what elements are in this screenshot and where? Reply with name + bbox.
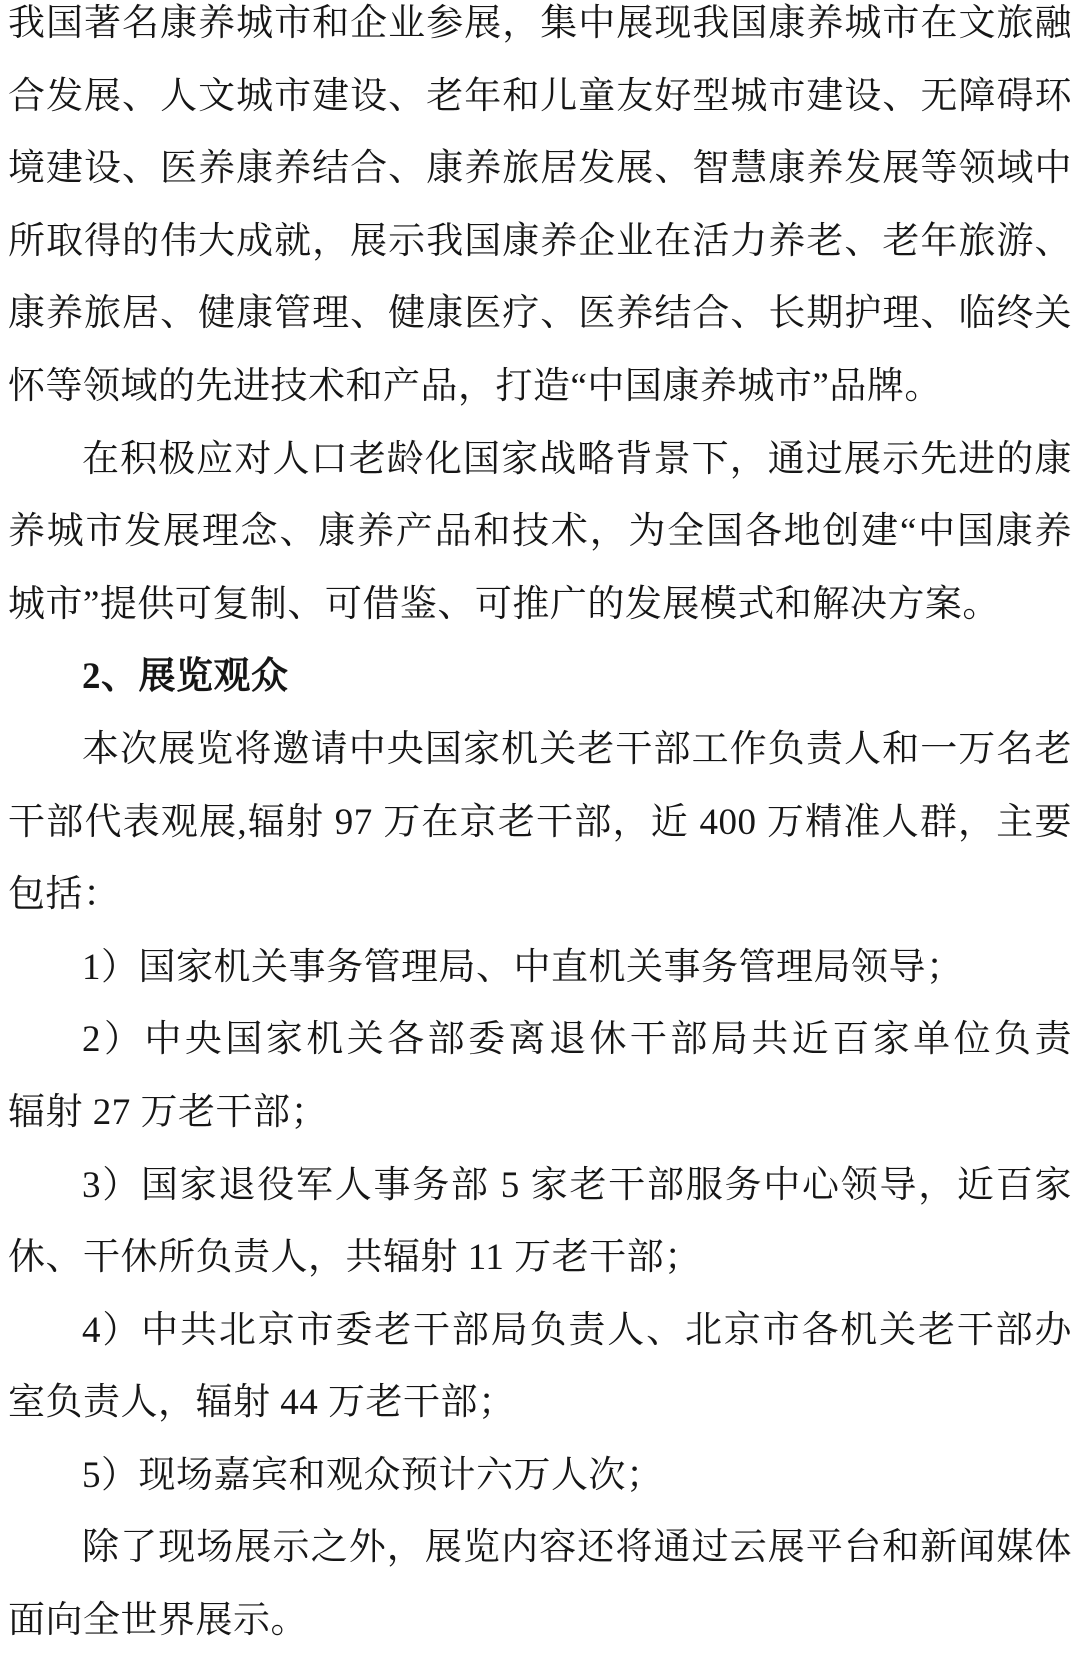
list-item-5-line-1: 5）现场嘉宾和观众预计六万人次； bbox=[8, 1440, 1072, 1513]
paragraph-online-exhibition: 除了现场展示之外，展览内容还将通过云展平台和新闻媒体面向全世界展示。 bbox=[8, 1512, 1072, 1657]
paragraph-exhibition-achievements-line-5: 康养旅居、健康管理、健康医疗、医养结合、长期护理、临终关 bbox=[8, 278, 1072, 351]
paragraph-aging-strategy-line-1: 在积极应对人口老龄化国家战略背景下，通过展示先进的康 bbox=[8, 424, 1072, 497]
document-page: 我国著名康养城市和企业参展，集中展现我国康养城市在文旅融合发展、人文城市建设、老… bbox=[0, 0, 1080, 1673]
list-item-2-line-2: 辐射 27 万老干部； bbox=[8, 1077, 1072, 1150]
paragraph-aging-strategy: 在积极应对人口老龄化国家战略背景下，通过展示先进的康养城市发展理念、康养产品和技… bbox=[8, 424, 1072, 642]
list-item-5: 5）现场嘉宾和观众预计六万人次； bbox=[8, 1440, 1072, 1513]
paragraph-online-exhibition-line-2: 面向全世界展示。 bbox=[8, 1585, 1072, 1658]
list-item-3-line-2: 休、干休所负责人，共辐射 11 万老干部； bbox=[8, 1222, 1072, 1295]
paragraph-aging-strategy-line-2: 养城市发展理念、康养产品和技术，为全国各地创建“中国康养 bbox=[8, 496, 1072, 569]
paragraph-audience-intro-line-1: 本次展览将邀请中央国家机关老干部工作负责人和一万名老 bbox=[8, 714, 1072, 787]
paragraph-audience-intro-line-3: 包括： bbox=[8, 859, 1072, 932]
list-item-3-line-1: 3）国家退役军人事务部 5 家老干部服务中心领导，近百家军 bbox=[8, 1150, 1072, 1223]
list-item-2-line-1: 2）中央国家机关各部委离退休干部局共近百家单位负责人， bbox=[8, 1004, 1072, 1077]
list-item-4: 4）中共北京市委老干部局负责人、北京市各机关老干部办公室负责人，辐射 44 万老… bbox=[8, 1295, 1072, 1440]
paragraph-exhibition-achievements-line-1: 我国著名康养城市和企业参展，集中展现我国康养城市在文旅融 bbox=[8, 0, 1072, 61]
paragraph-online-exhibition-line-1: 除了现场展示之外，展览内容还将通过云展平台和新闻媒体 bbox=[8, 1512, 1072, 1585]
paragraph-exhibition-achievements-line-2: 合发展、人文城市建设、老年和儿童友好型城市建设、无障碍环 bbox=[8, 61, 1072, 134]
list-item-4-line-1: 4）中共北京市委老干部局负责人、北京市各机关老干部办公 bbox=[8, 1295, 1072, 1368]
paragraph-exhibition-achievements-line-3: 境建设、医养康养结合、康养旅居发展、智慧康养发展等领域中 bbox=[8, 133, 1072, 206]
list-item-1-line-1: 1）国家机关事务管理局、中直机关事务管理局领导； bbox=[8, 932, 1072, 1005]
document-body: 我国著名康养城市和企业参展，集中展现我国康养城市在文旅融合发展、人文城市建设、老… bbox=[8, 0, 1072, 1658]
heading-exhibition-audience: 2、展览观众 bbox=[8, 641, 1072, 714]
paragraph-exhibition-achievements-line-6: 怀等领域的先进技术和产品，打造“中国康养城市”品牌。 bbox=[8, 351, 1072, 424]
heading-exhibition-audience-line-1: 2、展览观众 bbox=[8, 641, 1072, 714]
paragraph-exhibition-achievements: 我国著名康养城市和企业参展，集中展现我国康养城市在文旅融合发展、人文城市建设、老… bbox=[8, 0, 1072, 424]
paragraph-exhibition-achievements-line-4: 所取得的伟大成就，展示我国康养企业在活力养老、老年旅游、 bbox=[8, 206, 1072, 279]
list-item-2: 2）中央国家机关各部委离退休干部局共近百家单位负责人，辐射 27 万老干部； bbox=[8, 1004, 1072, 1149]
list-item-4-line-2: 室负责人，辐射 44 万老干部； bbox=[8, 1367, 1072, 1440]
list-item-1: 1）国家机关事务管理局、中直机关事务管理局领导； bbox=[8, 932, 1072, 1005]
paragraph-aging-strategy-line-3: 城市”提供可复制、可借鉴、可推广的发展模式和解决方案。 bbox=[8, 569, 1072, 642]
paragraph-audience-intro: 本次展览将邀请中央国家机关老干部工作负责人和一万名老干部代表观展,辐射 97 万… bbox=[8, 714, 1072, 932]
list-item-3: 3）国家退役军人事务部 5 家老干部服务中心领导，近百家军休、干休所负责人，共辐… bbox=[8, 1150, 1072, 1295]
paragraph-audience-intro-line-2: 干部代表观展,辐射 97 万在京老干部，近 400 万精准人群，主要 bbox=[8, 787, 1072, 860]
